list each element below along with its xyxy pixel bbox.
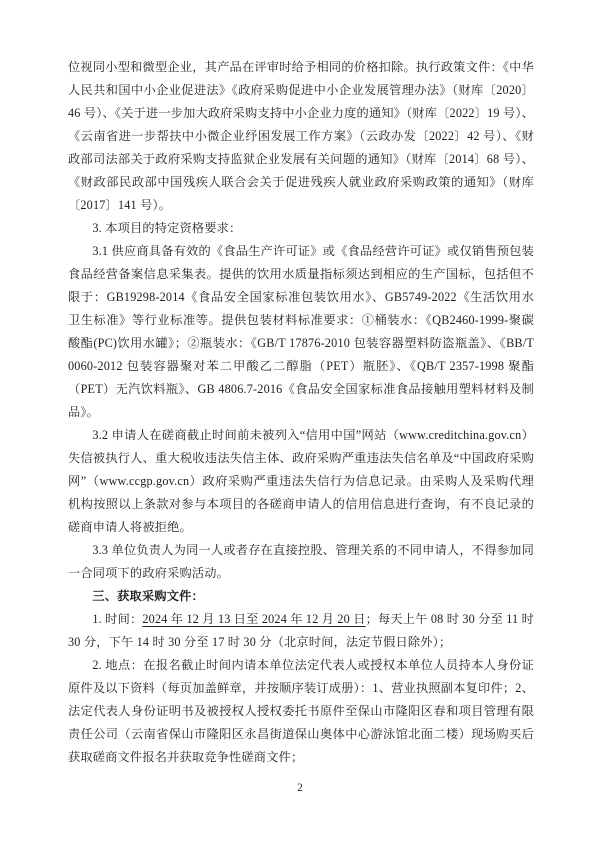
document-page: 位视同小型和微型企业，其产品在评审时给予相同的价格扣除。执行政策文件：《中华人民… <box>0 0 600 849</box>
text-run: 3.2 申请人在磋商截止时间前未被列入“信用中国”网站（www.creditch… <box>68 428 534 534</box>
text-run: 3.3 单位负责人为同一人或者存在直接控股、管理关系的不同申请人，不得参加同一合… <box>68 543 534 580</box>
underlined-text-run: 2024 年 12 月 13 日至 2024 年 12 月 20 日 <box>142 612 365 626</box>
page-footer: 2 <box>0 782 600 794</box>
paragraph: 3.1 供应商具备有效的《食品生产许可证》或《食品经营许可证》或仅销售预包装食品… <box>68 240 534 424</box>
document-body: 位视同小型和微型企业，其产品在评审时给予相同的价格扣除。执行政策文件：《中华人民… <box>68 56 534 769</box>
text-run: 3. 本项目的特定资格要求： <box>92 221 241 235</box>
paragraph: 1. 时间：2024 年 12 月 13 日至 2024 年 12 月 20 日… <box>68 608 534 654</box>
page-number: 2 <box>297 782 303 794</box>
text-run: 2. 地点：在报名截止时间内请本单位法定代表人或授权本单位人员持本人身份证原件及… <box>68 658 534 764</box>
text-run: 3.1 供应商具备有效的《食品生产许可证》或《食品经营许可证》或仅销售预包装食品… <box>68 244 534 419</box>
text-run: 1. 时间： <box>92 612 142 626</box>
text-run: 三、获取采购文件： <box>92 589 204 603</box>
section-heading: 三、获取采购文件： <box>68 585 534 608</box>
paragraph: 位视同小型和微型企业，其产品在评审时给予相同的价格扣除。执行政策文件：《中华人民… <box>68 56 534 217</box>
paragraph: 3.2 申请人在磋商截止时间前未被列入“信用中国”网站（www.creditch… <box>68 424 534 539</box>
paragraph: 3. 本项目的特定资格要求： <box>68 217 534 240</box>
paragraph: 2. 地点：在报名截止时间内请本单位法定代表人或授权本单位人员持本人身份证原件及… <box>68 654 534 769</box>
paragraph: 3.3 单位负责人为同一人或者存在直接控股、管理关系的不同申请人，不得参加同一合… <box>68 539 534 585</box>
text-run: 位视同小型和微型企业，其产品在评审时给予相同的价格扣除。执行政策文件：《中华人民… <box>68 60 534 212</box>
